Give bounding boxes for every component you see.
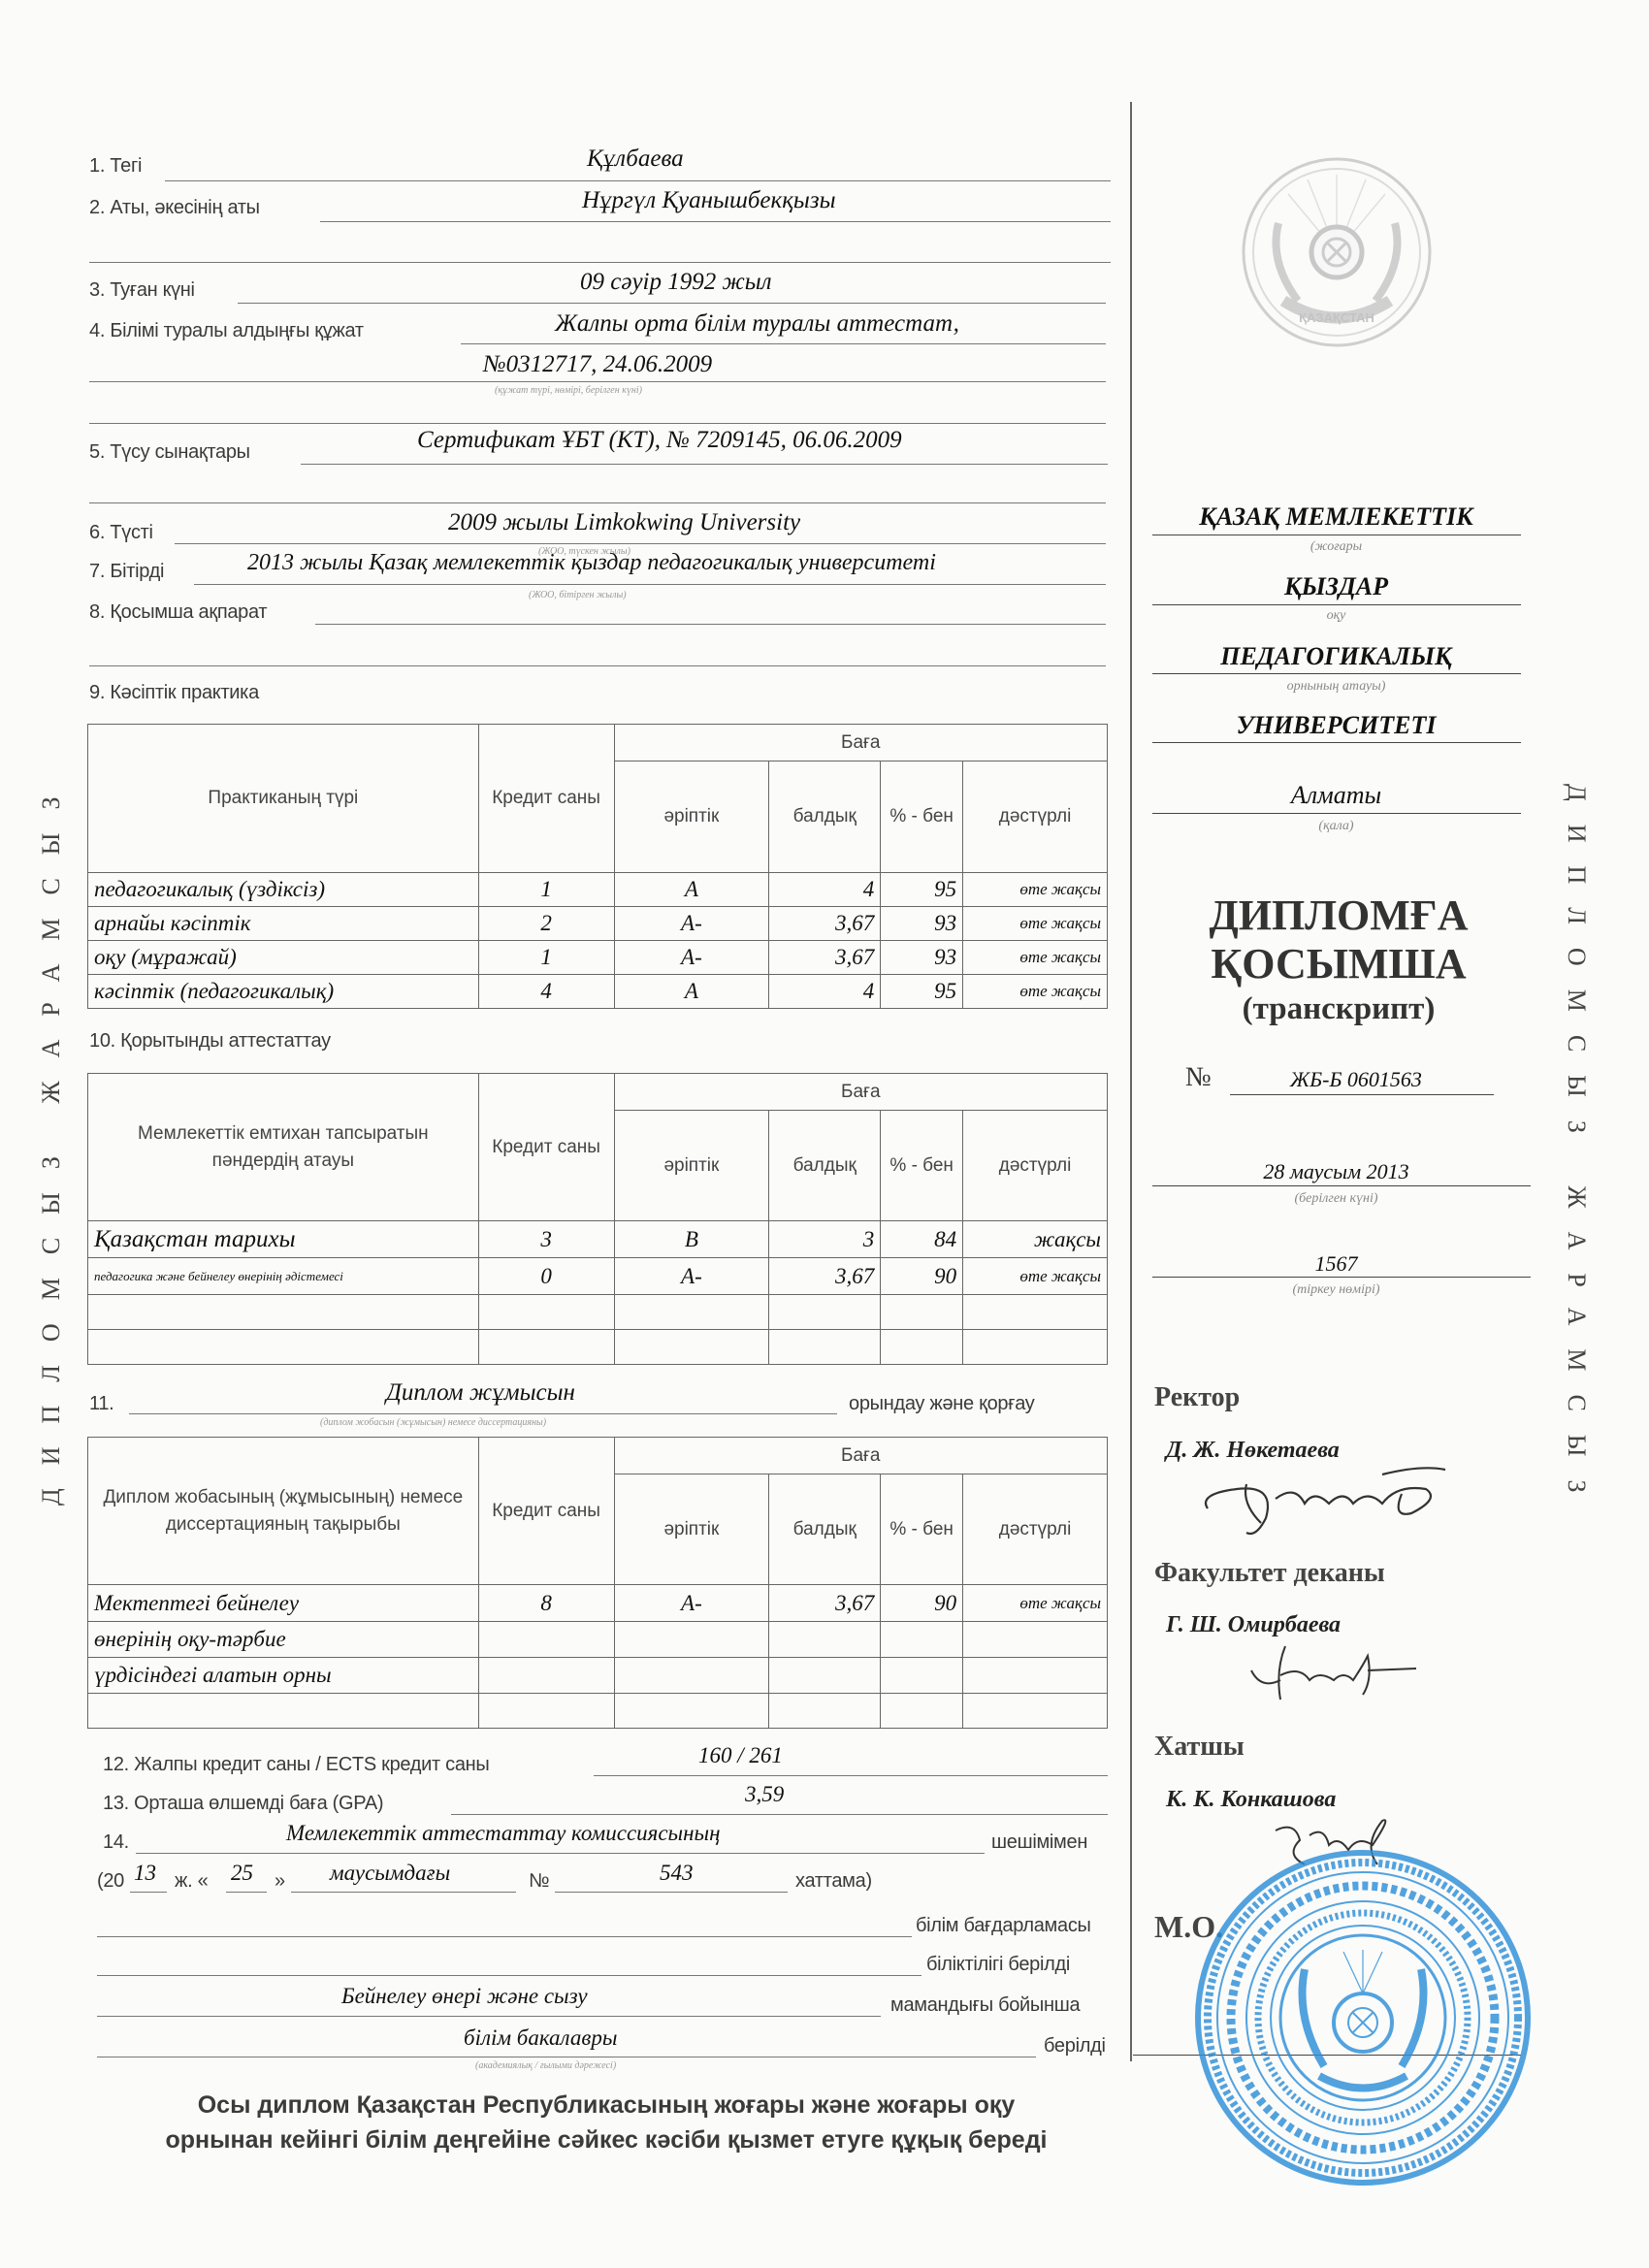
letter-header: әріптік <box>614 761 769 873</box>
name-value: Нұргүл Қуанышбекқызы <box>582 187 836 214</box>
program-underline <box>97 1936 912 1937</box>
dean-signature-icon <box>1242 1641 1436 1719</box>
traditional-header: дәстүрлі <box>963 761 1108 873</box>
table-row: оқу (мұражай) 1 A- 3,67 93 өте жақсы <box>88 941 1108 975</box>
points: 4 <box>769 975 881 1009</box>
prev-doc-hint: (құжат түрі, нөмірі, берілген күні) <box>495 385 642 396</box>
practice-name: педагогикалық (үздіксіз) <box>88 873 479 907</box>
letter-grade: A <box>614 975 769 1009</box>
practice-table: Практиканың түрі Кредит саны Баға әріпті… <box>87 724 1108 1009</box>
city-hint: (қала) <box>1154 819 1518 834</box>
protocol-suffix: хаттама) <box>795 1870 872 1893</box>
university-underline-4 <box>1152 742 1521 743</box>
protocol-number: 543 <box>660 1861 694 1886</box>
credits: 4 <box>478 975 614 1009</box>
right-margin-watermark: ДИПЛОМСЫЗ ЖАРАМСЫЗ <box>1562 495 1591 1804</box>
credits-value: 160 / 261 <box>698 1743 783 1768</box>
credits-underline <box>594 1775 1108 1776</box>
letter-grade: B <box>614 1221 769 1258</box>
protocol-day: 25 <box>231 1861 253 1886</box>
prev-doc-value2: №0312717, 24.06.2009 <box>483 351 712 378</box>
practice-name: оқу (мұражай) <box>88 941 479 975</box>
qualification-underline <box>97 1975 921 1976</box>
final-attestation-label: 10. Қорытынды аттестаттау <box>89 1030 331 1053</box>
issue-date-value: 28 маусым 2013 <box>1154 1159 1518 1184</box>
secretary-role: Хатшы <box>1154 1732 1245 1763</box>
table-row: Қазақстан тарихы 3 B 3 84 жақсы <box>88 1221 1108 1258</box>
university-line-2: ҚЫЗДАР <box>1154 572 1518 601</box>
points-header: балдық <box>769 761 881 873</box>
university-line-1: ҚАЗАҚ МЕМЛЕКЕТТІК <box>1154 502 1518 532</box>
traditional-grade: өте жақсы <box>963 1585 1108 1622</box>
protocol-year-label: ж. « <box>175 1870 208 1893</box>
surname-label: 1. Тегі <box>89 155 142 178</box>
university-underline-2 <box>1152 604 1521 605</box>
reg-number-hint: (тіркеу нөмірі) <box>1154 1282 1518 1298</box>
additional-info-underline <box>315 624 1106 625</box>
name-label: 2. Аты, әкесінің аты <box>89 197 260 219</box>
credits: 2 <box>478 907 614 941</box>
issue-date-underline <box>1152 1185 1531 1186</box>
surname-underline <box>165 180 1111 181</box>
percent: 90 <box>881 1585 963 1622</box>
credits: 8 <box>478 1585 614 1622</box>
points: 3,67 <box>769 1585 881 1622</box>
thesis-suffix: орындау және қорғау <box>849 1393 1035 1415</box>
table-row-empty <box>88 1694 1108 1729</box>
points: 3 <box>769 1221 881 1258</box>
footer-line-1: Осы диплом Қазақстан Республикасының жоғ… <box>87 2088 1125 2122</box>
degree-underline <box>97 2057 1036 2057</box>
kazakhstan-emblem-icon: ҚАЗАҚСТАН <box>1240 155 1434 349</box>
traditional-grade: өте жақсы <box>963 907 1108 941</box>
university-hint-3: орнының атауы) <box>1154 679 1518 695</box>
protocol-month: маусымдағы <box>330 1861 450 1886</box>
university-line-4: УНИВЕРСИТЕТІ <box>1154 711 1518 740</box>
university-underline-3 <box>1152 673 1521 674</box>
points-header: балдық <box>769 1474 881 1585</box>
specialty-suffix: мамандығы бойынша <box>890 1994 1080 2017</box>
prev-doc-underline <box>461 343 1106 344</box>
year-underline <box>130 1892 167 1893</box>
name-underline <box>320 221 1111 222</box>
percent: 90 <box>881 1258 963 1295</box>
credits: 3 <box>478 1221 614 1258</box>
credit-header: Кредит саны <box>478 725 614 873</box>
commission-underline <box>136 1853 985 1854</box>
percent: 93 <box>881 941 963 975</box>
thesis-title-line: Мектептегі бейнелеу <box>88 1585 479 1622</box>
practice-name: арнайы кәсіптік <box>88 907 479 941</box>
rector-name: Д. Ж. Нөкетаева <box>1166 1438 1340 1464</box>
city-underline <box>1152 813 1521 814</box>
grade-header: Баға <box>614 1074 1107 1111</box>
prev-doc-label: 4. Білімі туралы алдыңғы құжат <box>89 320 364 342</box>
specialty-value: Бейнелеу өнері және сызу <box>341 1984 588 2009</box>
left-margin-watermark: ДИПЛОМСЫЗ ЖАРАМСЫЗ <box>37 485 66 1795</box>
number-underline <box>1230 1094 1494 1095</box>
enrolled-underline <box>175 543 1106 544</box>
doc-title-line-2: ҚОСЫМША <box>1154 939 1523 988</box>
credits: 0 <box>478 1258 614 1295</box>
blank-underline3 <box>89 502 1106 503</box>
university-hint-1: (жоғары <box>1154 539 1518 555</box>
table-row: өнерінің оқу-тәрбие <box>88 1622 1108 1658</box>
letter-grade: A- <box>614 1585 769 1622</box>
birthdate-value: 09 сәуір 1992 жыл <box>580 269 772 296</box>
entrance-value: Сертификат ҰБТ (КТ), № 7209145, 06.06.20… <box>417 427 902 454</box>
graduated-label: 7. Бітірді <box>89 561 164 583</box>
percent: 95 <box>881 873 963 907</box>
commission-value: Мемлекеттік аттестаттау комиссиясының <box>286 1821 721 1846</box>
points: 3,67 <box>769 907 881 941</box>
program-suffix: білім бағдарламасы <box>916 1915 1091 1937</box>
thesis-title-line: өнерінің оқу-тәрбие <box>88 1622 479 1658</box>
practice-name: кәсіптік (педагогикалық) <box>88 975 479 1009</box>
university-underline-1 <box>1152 535 1521 535</box>
table-row-empty <box>88 1295 1108 1330</box>
thesis-hint: (диплом жобасын (жұмысын) немесе диссерт… <box>320 1417 546 1428</box>
issue-date-hint: (берілген күні) <box>1154 1191 1518 1207</box>
official-stamp-icon <box>1188 1843 1537 2192</box>
percent-header: % - бен <box>881 761 963 873</box>
number-label: № <box>1185 1062 1212 1093</box>
doc-title-line-1: ДИПЛОМҒА <box>1154 891 1523 940</box>
graduated-value: 2013 жылы Қазақ мемлекеттік қыздар педаг… <box>247 550 936 576</box>
traditional-header: дәстүрлі <box>963 1111 1108 1221</box>
thesis-value: Диплом жұмысын <box>386 1379 575 1407</box>
degree-suffix: берілді <box>1044 2035 1106 2057</box>
table-row: үрдісіндегі алатын орны <box>88 1658 1108 1694</box>
exam-name: педагогика және бейнелеу өнерінің әдісте… <box>88 1258 479 1295</box>
credits: 1 <box>478 941 614 975</box>
gpa-value: 3,59 <box>745 1782 784 1807</box>
entrance-label: 5. Түсу сынақтары <box>89 441 250 464</box>
traditional-grade: өте жақсы <box>963 975 1108 1009</box>
letter-grade: A- <box>614 1258 769 1295</box>
thesis-name-header: Диплом жобасының (жұмысының) немесе дисс… <box>88 1438 479 1585</box>
protocol-no-label: № <box>529 1870 549 1893</box>
grade-header: Баға <box>614 1438 1108 1474</box>
enrolled-value: 2009 жылы Limkokwing University <box>448 509 800 536</box>
traditional-grade: жақсы <box>963 1221 1108 1258</box>
birthdate-underline <box>238 303 1106 304</box>
points: 3,67 <box>769 1258 881 1295</box>
gpa-underline <box>451 1814 1108 1815</box>
credit-header: Кредит саны <box>478 1074 614 1221</box>
reg-number-underline <box>1152 1277 1531 1278</box>
qualification-suffix: біліктілігі берілді <box>926 1954 1070 1976</box>
percent: 95 <box>881 975 963 1009</box>
exam-name-header: Мемлекеттік емтихан тапсыратын пәндердің… <box>88 1074 479 1221</box>
table-row: педагогикалық (үздіксіз) 1 A 4 95 өте жа… <box>88 873 1108 907</box>
protocol-year: 13 <box>134 1861 156 1886</box>
svg-text:ҚАЗАҚСТАН: ҚАЗАҚСТАН <box>1299 310 1374 325</box>
additional-info-label: 8. Қосымша ақпарат <box>89 601 267 624</box>
traditional-grade: өте жақсы <box>963 941 1108 975</box>
protocol-close-quote: » <box>275 1870 285 1893</box>
percent-header: % - бен <box>881 1111 963 1221</box>
commission-number: 14. <box>103 1831 129 1854</box>
points: 3,67 <box>769 941 881 975</box>
page-divider <box>1130 102 1132 2061</box>
degree-value: білім бакалавры <box>464 2025 617 2051</box>
table-row-empty <box>88 1330 1108 1365</box>
blank-underline <box>89 262 1111 263</box>
credit-header: Кредит саны <box>478 1438 614 1585</box>
exam-name: Қазақстан тарихы <box>88 1221 479 1258</box>
prev-doc-underline2 <box>89 381 1106 382</box>
table-row: Мектептегі бейнелеу 8 A- 3,67 90 өте жақ… <box>88 1585 1108 1622</box>
thesis-title-line: үрдісіндегі алатын орны <box>88 1658 479 1694</box>
birthdate-label: 3. Туған күні <box>89 279 195 302</box>
commission-suffix: шешімімен <box>991 1831 1087 1854</box>
letter-grade: A- <box>614 941 769 975</box>
protocol-number-underline <box>555 1892 788 1893</box>
dean-name: Г. Ш. Омирбаева <box>1166 1612 1341 1638</box>
doc-title-line-3: (транскрипт) <box>1154 991 1523 1027</box>
surname-value: Құлбаева <box>587 146 684 173</box>
gpa-label: 13. Орташа өлшемді баға (GPA) <box>103 1793 383 1815</box>
university-line-3: ПЕДАГОГИКАЛЫҚ <box>1154 642 1518 671</box>
specialty-underline <box>97 2016 881 2017</box>
traditional-header: дәстүрлі <box>963 1474 1108 1585</box>
percent: 84 <box>881 1221 963 1258</box>
month-underline <box>291 1892 516 1893</box>
table-row: арнайы кәсіптік 2 A- 3,67 93 өте жақсы <box>88 907 1108 941</box>
letter-grade: A <box>614 873 769 907</box>
practice-label: 9. Кәсіптік практика <box>89 682 259 704</box>
letter-header: әріптік <box>614 1111 769 1221</box>
thesis-number: 11. <box>89 1393 113 1415</box>
practice-name-header: Практиканың түрі <box>88 725 479 873</box>
blank-underline4 <box>89 665 1106 666</box>
letter-grade: A- <box>614 907 769 941</box>
table-row: кәсіптік (педагогикалық) 4 A 4 95 өте жа… <box>88 975 1108 1009</box>
enrolled-label: 6. Түсті <box>89 522 153 544</box>
points-header: балдық <box>769 1111 881 1221</box>
traditional-grade: өте жақсы <box>963 1258 1108 1295</box>
points: 4 <box>769 873 881 907</box>
city-value: Алматы <box>1154 781 1518 810</box>
grade-header: Баға <box>614 725 1108 761</box>
number-value: ЖБ-Б 0601563 <box>1290 1067 1422 1092</box>
traditional-grade: өте жақсы <box>963 873 1108 907</box>
graduated-underline <box>194 584 1106 585</box>
prev-doc-value1: Жалпы орта білім туралы аттестат, <box>555 310 959 338</box>
percent: 93 <box>881 907 963 941</box>
entrance-underline <box>301 464 1108 465</box>
graduated-hint: (ЖОО, бітірген жылы) <box>529 590 627 600</box>
protocol-open: (20 <box>97 1870 124 1893</box>
rector-signature-icon <box>1188 1465 1460 1542</box>
degree-hint: (академиялық / ғылыми дәрежесі) <box>475 2060 616 2071</box>
secretary-name: К. К. Конкашова <box>1166 1787 1336 1813</box>
percent-header: % - бен <box>881 1474 963 1585</box>
thesis-table: Диплом жобасының (жұмысының) немесе дисс… <box>87 1437 1108 1729</box>
dean-role: Факультет деканы <box>1154 1558 1385 1589</box>
table-row: педагогика және бейнелеу өнерінің әдісте… <box>88 1258 1108 1295</box>
blank-underline2 <box>89 423 1106 424</box>
credits-label: 12. Жалпы кредит саны / ECTS кредит саны <box>103 1754 490 1776</box>
credits: 1 <box>478 873 614 907</box>
rector-role: Ректор <box>1154 1382 1240 1413</box>
reg-number-value: 1567 <box>1154 1251 1518 1277</box>
footer-line-2: орнынан кейінгі білім деңгейіне сәйкес к… <box>87 2122 1125 2157</box>
final-exams-table: Мемлекеттік емтихан тапсыратын пәндердің… <box>87 1073 1108 1365</box>
day-underline <box>226 1892 267 1893</box>
university-hint-2: оқу <box>1154 608 1518 624</box>
letter-header: әріптік <box>614 1474 769 1585</box>
thesis-underline <box>129 1413 837 1414</box>
